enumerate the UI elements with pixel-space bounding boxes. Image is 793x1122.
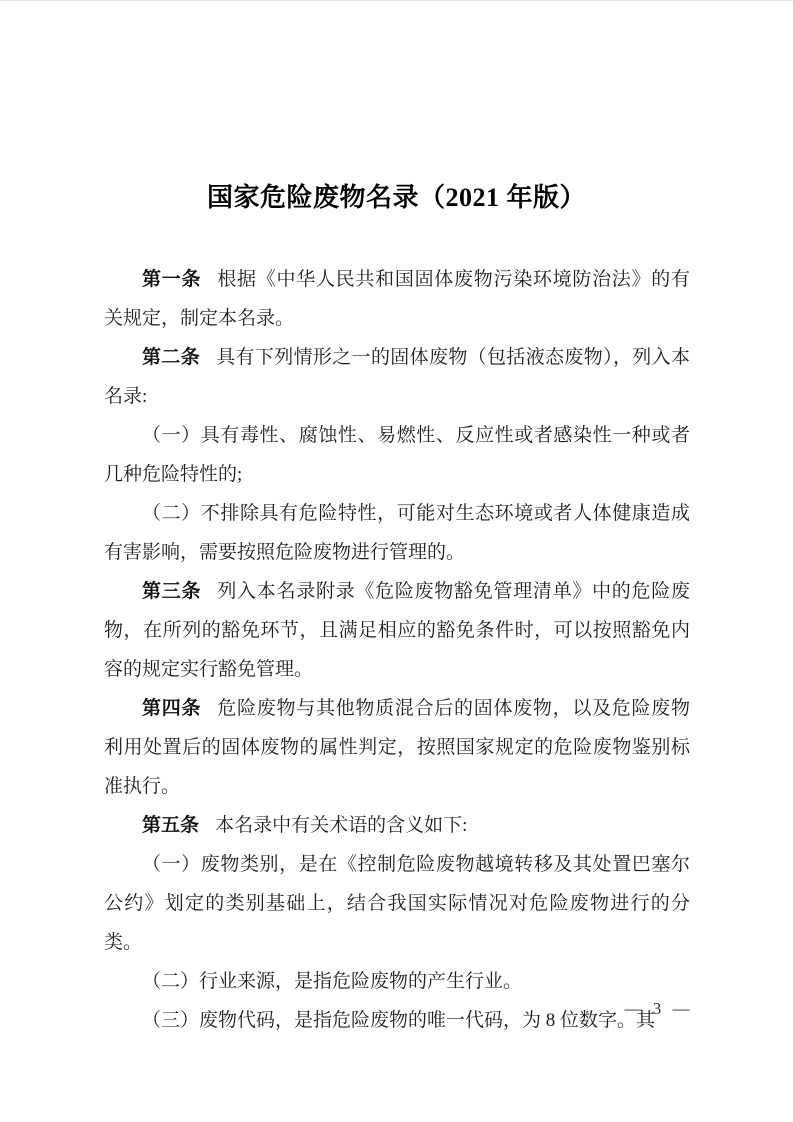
page-number: — 3 — bbox=[625, 998, 691, 1020]
document-page: 国家危险废物名录（2021 年版） 第一条根据《中华人民共和国固体废物污染环境防… bbox=[0, 0, 793, 1122]
paragraph-article-2-item-2: （二）不排除具有危险特性，可能对生态环境或者人体健康造成有害影响，需要按照危险废… bbox=[104, 494, 690, 572]
paragraph-article-5-item-3: （三）废物代码，是指危险废物的唯一代码，为 8 位数字。其 bbox=[104, 1001, 690, 1040]
paragraph-text: （一）废物类别，是在《控制危险废物越境转移及其处置巴塞尔公约》划定的类别基础上，… bbox=[104, 854, 690, 953]
paragraph-text: （一）具有毒性、腐蚀性、易燃性、反应性或者感染性一种或者几种危险特性的; bbox=[104, 425, 690, 485]
paragraph-text: （二）不排除具有危险特性，可能对生态环境或者人体健康造成有害影响，需要按照危险废… bbox=[104, 503, 690, 563]
paragraph-article-5-item-2: （二）行业来源，是指危险废物的产生行业。 bbox=[104, 962, 690, 1001]
document-body: 第一条根据《中华人民共和国固体废物污染环境防治法》的有关规定，制定本名录。 第二… bbox=[104, 260, 690, 1040]
document-title: 国家危险废物名录（2021 年版） bbox=[104, 181, 689, 214]
article-number-label: 第二条 bbox=[142, 347, 200, 368]
paragraph-article-2: 第二条具有下列情形之一的固体废物（包括液态废物），列入本名录: bbox=[104, 338, 690, 416]
paragraph-text: 本名录中有关术语的含义如下: bbox=[215, 815, 467, 836]
article-number-label: 第四条 bbox=[142, 698, 201, 719]
paragraph-text: （三）废物代码，是指危险废物的唯一代码，为 8 位数字。其 bbox=[142, 1010, 655, 1031]
paragraph-article-5: 第五条本名录中有关术语的含义如下: bbox=[104, 806, 690, 845]
paragraph-article-5-item-1: （一）废物类别，是在《控制危险废物越境转移及其处置巴塞尔公约》划定的类别基础上，… bbox=[104, 845, 690, 962]
article-number-label: 第三条 bbox=[142, 581, 201, 602]
paragraph-article-2-item-1: （一）具有毒性、腐蚀性、易燃性、反应性或者感染性一种或者几种危险特性的; bbox=[104, 416, 690, 494]
paragraph-article-3: 第三条列入本名录附录《危险废物豁免管理清单》中的危险废物，在所列的豁免环节，且满… bbox=[104, 572, 690, 689]
paragraph-text: （二）行业来源，是指危险废物的产生行业。 bbox=[142, 971, 522, 992]
paragraph-article-4: 第四条危险废物与其他物质混合后的固体废物，以及危险废物利用处置后的固体废物的属性… bbox=[104, 689, 690, 806]
article-number-label: 第一条 bbox=[142, 269, 201, 290]
paragraph-article-1: 第一条根据《中华人民共和国固体废物污染环境防治法》的有关规定，制定本名录。 bbox=[104, 260, 690, 338]
article-number-label: 第五条 bbox=[142, 815, 199, 836]
